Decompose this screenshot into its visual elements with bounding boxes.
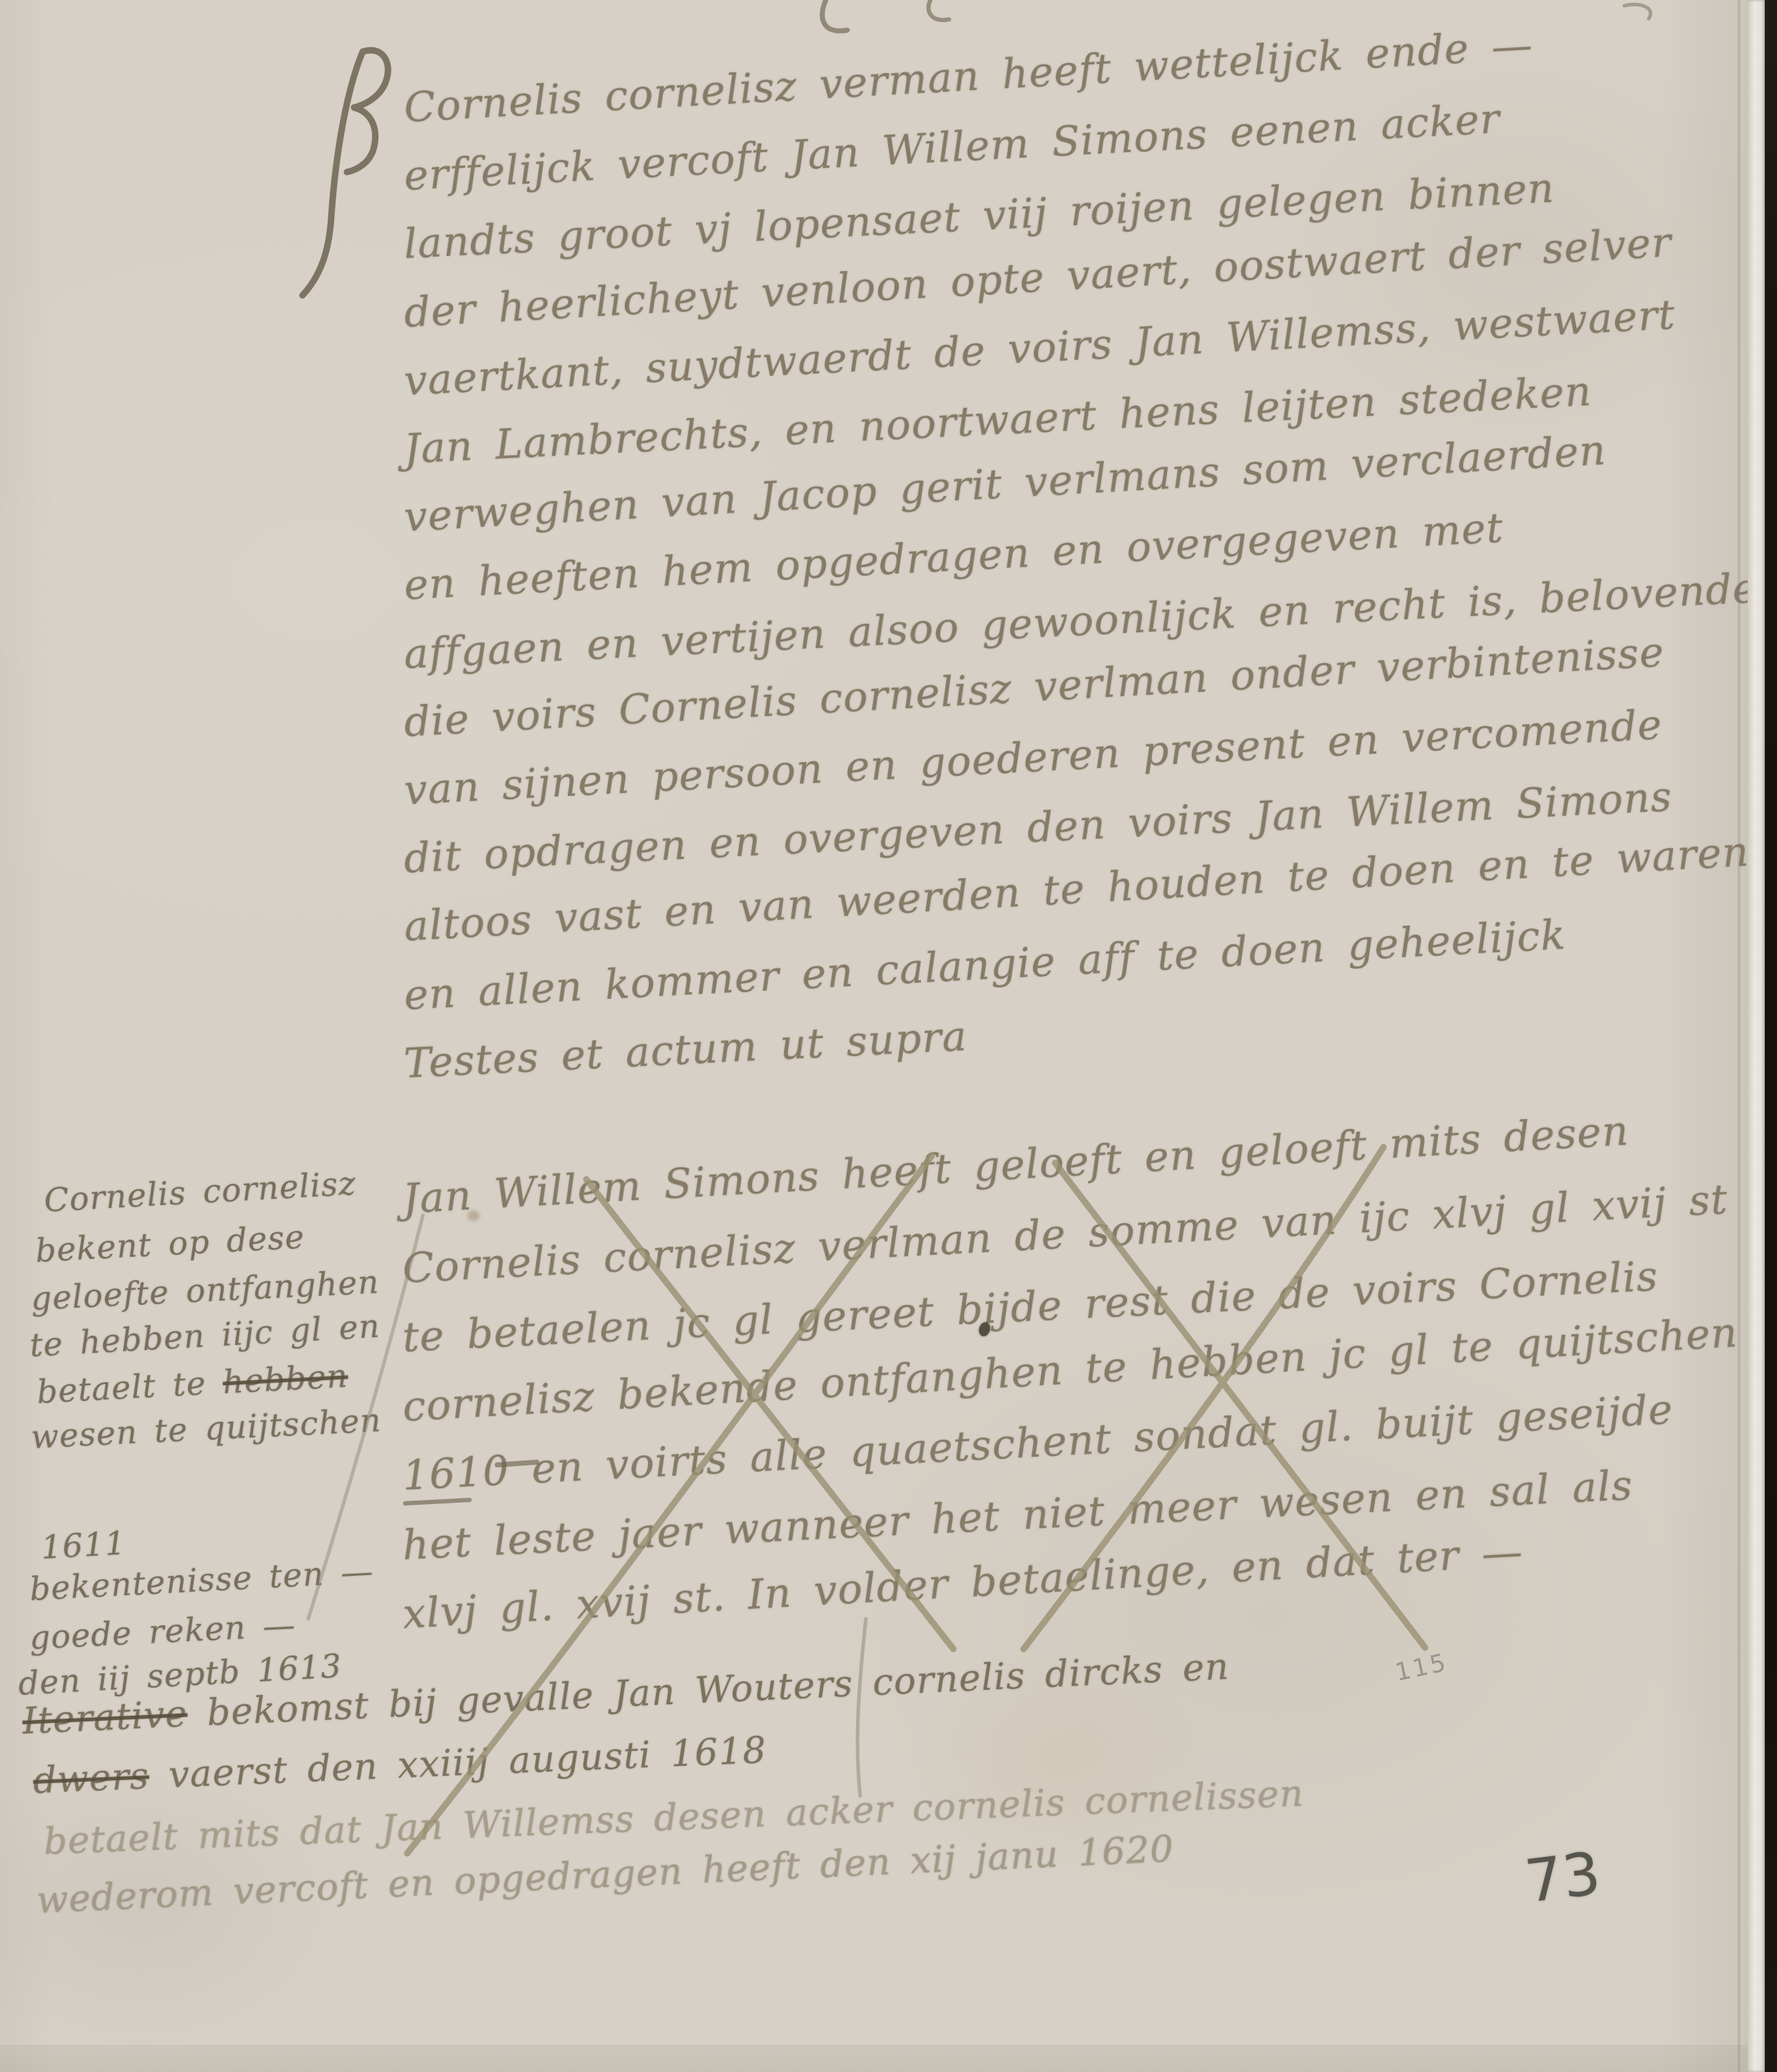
folio-number: 73 <box>1522 1840 1604 1916</box>
book-backdrop-edge <box>1765 0 1777 2072</box>
cancellation-cross-marks <box>0 0 1777 2072</box>
page-edge-crease <box>1738 0 1740 2072</box>
underlying-page-edges <box>1748 0 1767 2072</box>
manuscript-scan: Cornelis cornelisz verman heeft wettelij… <box>0 0 1777 2072</box>
